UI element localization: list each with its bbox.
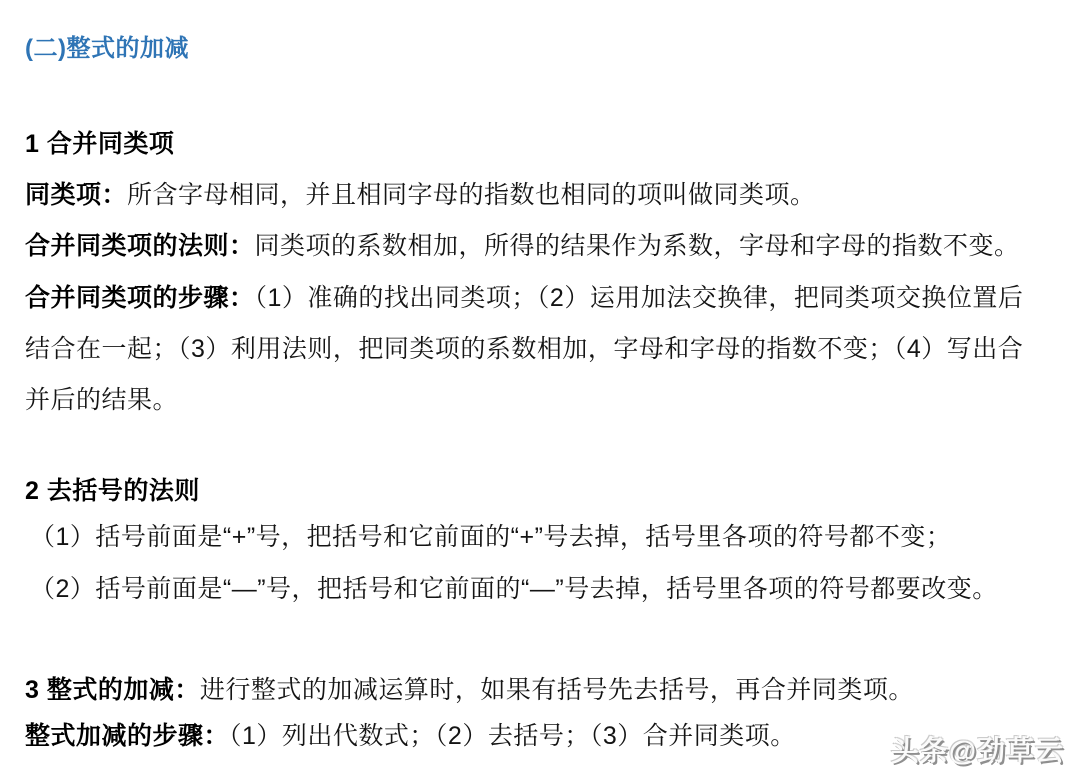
section-1-line-5: 并后的结果。 [25,386,178,415]
section-3-line-1: 3 整式的加减：进行整式的加减运算时，如果有括号先去括号，再合并同类项。 [25,676,914,705]
section-2-line-1: （1）括号前面是“+”号，把括号和它前面的“+”号去掉，括号里各项的符号都不变； [30,523,951,552]
section-1-line-3-text: （1）准确的找出同类项；（2）运用加法交换律，把同类项交换位置后 [255,284,1024,312]
section-2-line-2: （2）括号前面是“—”号，把括号和它前面的“—”号去掉，括号里各项的符号都要改变… [30,575,998,604]
section-1-line-2-text: 同类项的系数相加，所得的结果作为系数，字母和字母的指数不变。 [255,232,1020,260]
document-page: (二)整式的加减 1 合并同类项 同类项：所含字母相同，并且相同字母的指数也相同… [0,0,1080,782]
section-1-line-2: 合并同类项的法则：同类项的系数相加，所得的结果作为系数，字母和字母的指数不变。 [25,232,1020,261]
section-1-line-1-label: 同类项： [25,181,127,209]
section-1-line-5-text: 并后的结果。 [25,386,178,414]
section-3-line-1-text: 进行整式的加减运算时，如果有括号先去括号，再合并同类项。 [200,676,914,704]
section-2-line-1-text: （1）括号前面是“+”号，把括号和它前面的“+”号去掉，括号里各项的符号都不变； [30,523,951,551]
section-2-line-2-text: （2）括号前面是“—”号，把括号和它前面的“—”号去掉，括号里各项的符号都要改变… [30,575,998,603]
page-title: (二)整式的加减 [25,28,189,63]
section-1-heading: 1 合并同类项 [25,130,174,159]
section-1-line-3-label: 合并同类项的步骤： [25,284,255,312]
section-1-line-2-label: 合并同类项的法则： [25,232,255,260]
section-1-line-4-text: 结合在一起；（3）利用法则，把同类项的系数相加，字母和字母的指数不变；（4）写出… [25,335,1023,363]
section-3-line-1-label: 3 整式的加减： [25,676,200,704]
section-1-line-4: 结合在一起；（3）利用法则，把同类项的系数相加，字母和字母的指数不变；（4）写出… [25,335,1023,364]
section-3-line-2-label: 整式加减的步骤： [25,722,229,750]
section-1-line-3: 合并同类项的步骤：（1）准确的找出同类项；（2）运用加法交换律，把同类项交换位置… [25,284,1023,313]
section-3-line-2: 整式加减的步骤：（1）列出代数式；（2）去括号；（3）合并同类项。 [25,722,796,751]
section-3-line-2-text: （1）列出代数式；（2）去括号；（3）合并同类项。 [229,722,796,750]
section-1-line-1: 同类项：所含字母相同，并且相同字母的指数也相同的项叫做同类项。 [25,181,816,210]
section-1-line-1-text: 所含字母相同，并且相同字母的指数也相同的项叫做同类项。 [127,181,816,209]
watermark: 头条@劲草云 [891,729,1064,769]
section-2-heading: 2 去括号的法则 [25,477,200,506]
